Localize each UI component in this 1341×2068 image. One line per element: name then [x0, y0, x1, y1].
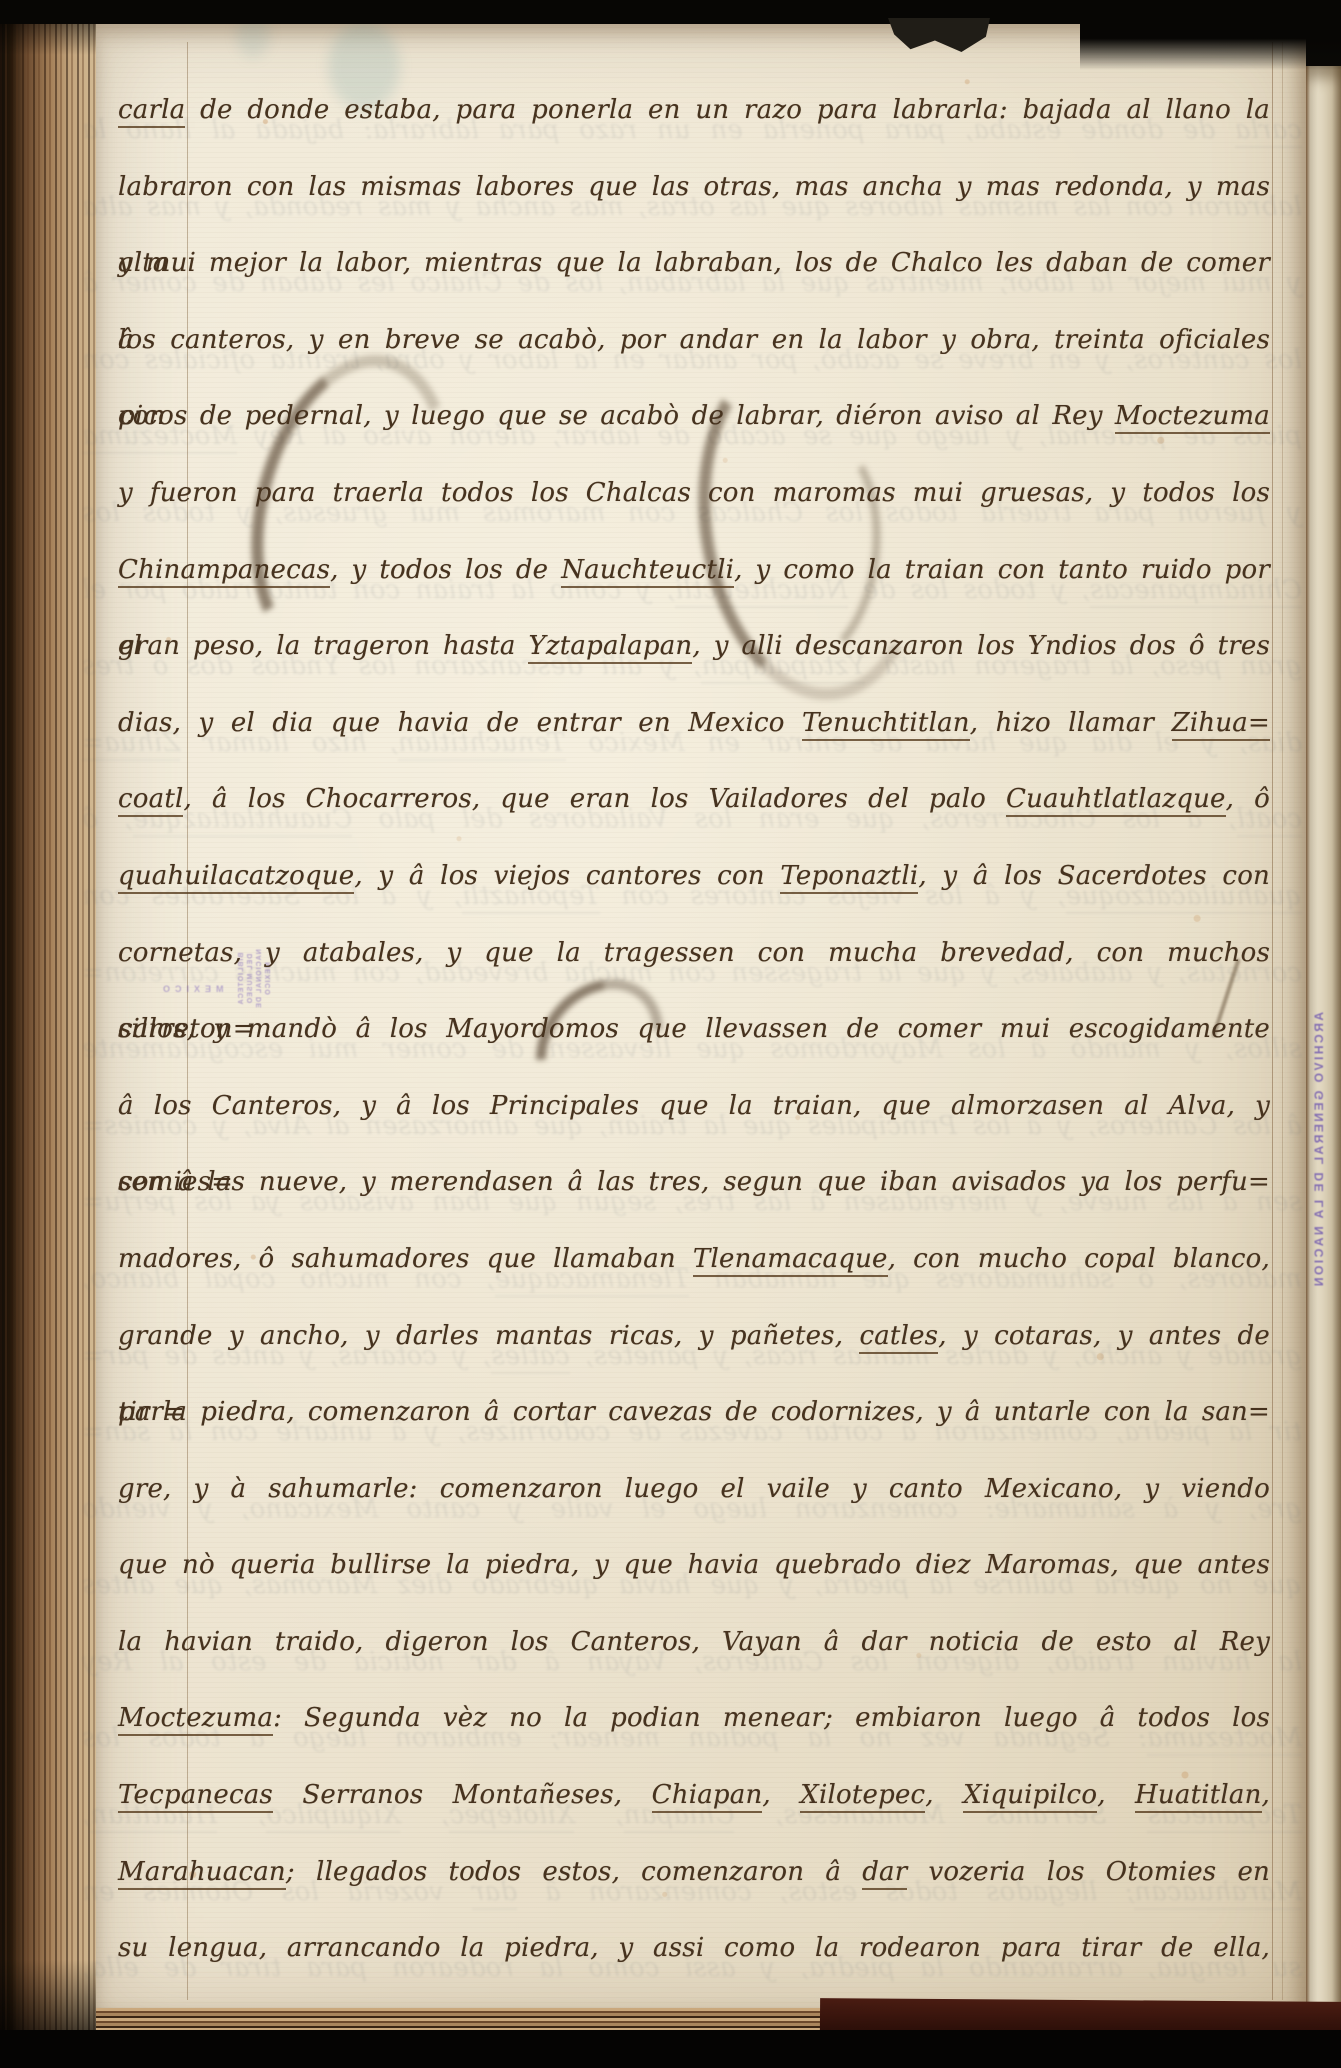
- manuscript-line: â los Canteros, y â los Principales que …: [118, 1068, 1270, 1145]
- manuscript-line: Moctezuma: Segunda vèz no la podian mene…: [118, 1680, 1270, 1757]
- scan-background-top-right: [1080, 0, 1341, 70]
- manuscript-line: Marahuacan; llegados todos estos, comenz…: [118, 1834, 1270, 1911]
- right-margin-rule-outer: [1272, 42, 1273, 2000]
- manuscript-line: grande y ancho, y darles mantas ricas, y…: [118, 1298, 1270, 1375]
- manuscript-line: gre, y à sahumarle: comenzaron luego el …: [118, 1451, 1270, 1528]
- manuscript-line: sen â las nueve, y merendasen â las tres…: [118, 1144, 1270, 1221]
- manuscript-line: que nò queria bullirse la piedra, y que …: [118, 1527, 1270, 1604]
- manuscript-line: su lengua, arrancando la piedra, y assi …: [118, 1910, 1270, 1987]
- manuscript-line: cornetas, y atabales, y que la tragessen…: [118, 915, 1270, 992]
- scan-background-bottom: [0, 2030, 1341, 2068]
- manuscript-line: y mui mejor la labor, mientras que la la…: [118, 225, 1270, 302]
- right-margin-rule-inner: [1282, 42, 1283, 2000]
- manuscript-line: quahuilacatzoque, y â los viejos cantore…: [118, 838, 1270, 915]
- manuscript-line: picos de pedernal, y luego que se acabò …: [118, 378, 1270, 455]
- manuscript-line: carla de donde estaba, para ponerla en u…: [118, 72, 1270, 149]
- manuscript-page: carla de donde estaba, para ponerla en u…: [96, 22, 1306, 2014]
- manuscript-line: los canteros, y en breve se acabò, por a…: [118, 302, 1270, 379]
- manuscript-line: gran peso, la trageron hasta Yztapalapan…: [118, 608, 1270, 685]
- manuscript-line: la havian traido, digeron los Canteros, …: [118, 1604, 1270, 1681]
- manuscript-line: tir la piedra, comenzaron â cortar cavez…: [118, 1374, 1270, 1451]
- manuscript-line: madores, ô sahumadores que llamaban Tlen…: [118, 1221, 1270, 1298]
- manuscript-line: sillos, y mandò â los Mayordomos que lle…: [118, 991, 1270, 1068]
- handwritten-text-block: carla de donde estaba, para ponerla en u…: [118, 72, 1270, 1987]
- manuscript-line: Tecpanecas Serranos Montañeses, Chiapan,…: [118, 1757, 1270, 1834]
- manuscript-line: coatl, â los Chocarreros, que eran los V…: [118, 761, 1270, 838]
- book-gutter-page-edges: [0, 0, 96, 2068]
- manuscript-line: dias, y el dia que havia de entrar en Me…: [118, 685, 1270, 762]
- edge-archive-stamp: ARCHIVO GENERAL DE LA NACION: [1312, 1012, 1334, 1364]
- manuscript-line: labraron con las mismas labores que las …: [118, 149, 1270, 226]
- manuscript-line: y fueron para traerla todos los Chalcas …: [118, 455, 1270, 532]
- manuscript-line: Chinampanecas, y todos los de Nauchteuct…: [118, 532, 1270, 609]
- manuscript-scan: carla de donde estaba, para ponerla en u…: [0, 0, 1341, 2068]
